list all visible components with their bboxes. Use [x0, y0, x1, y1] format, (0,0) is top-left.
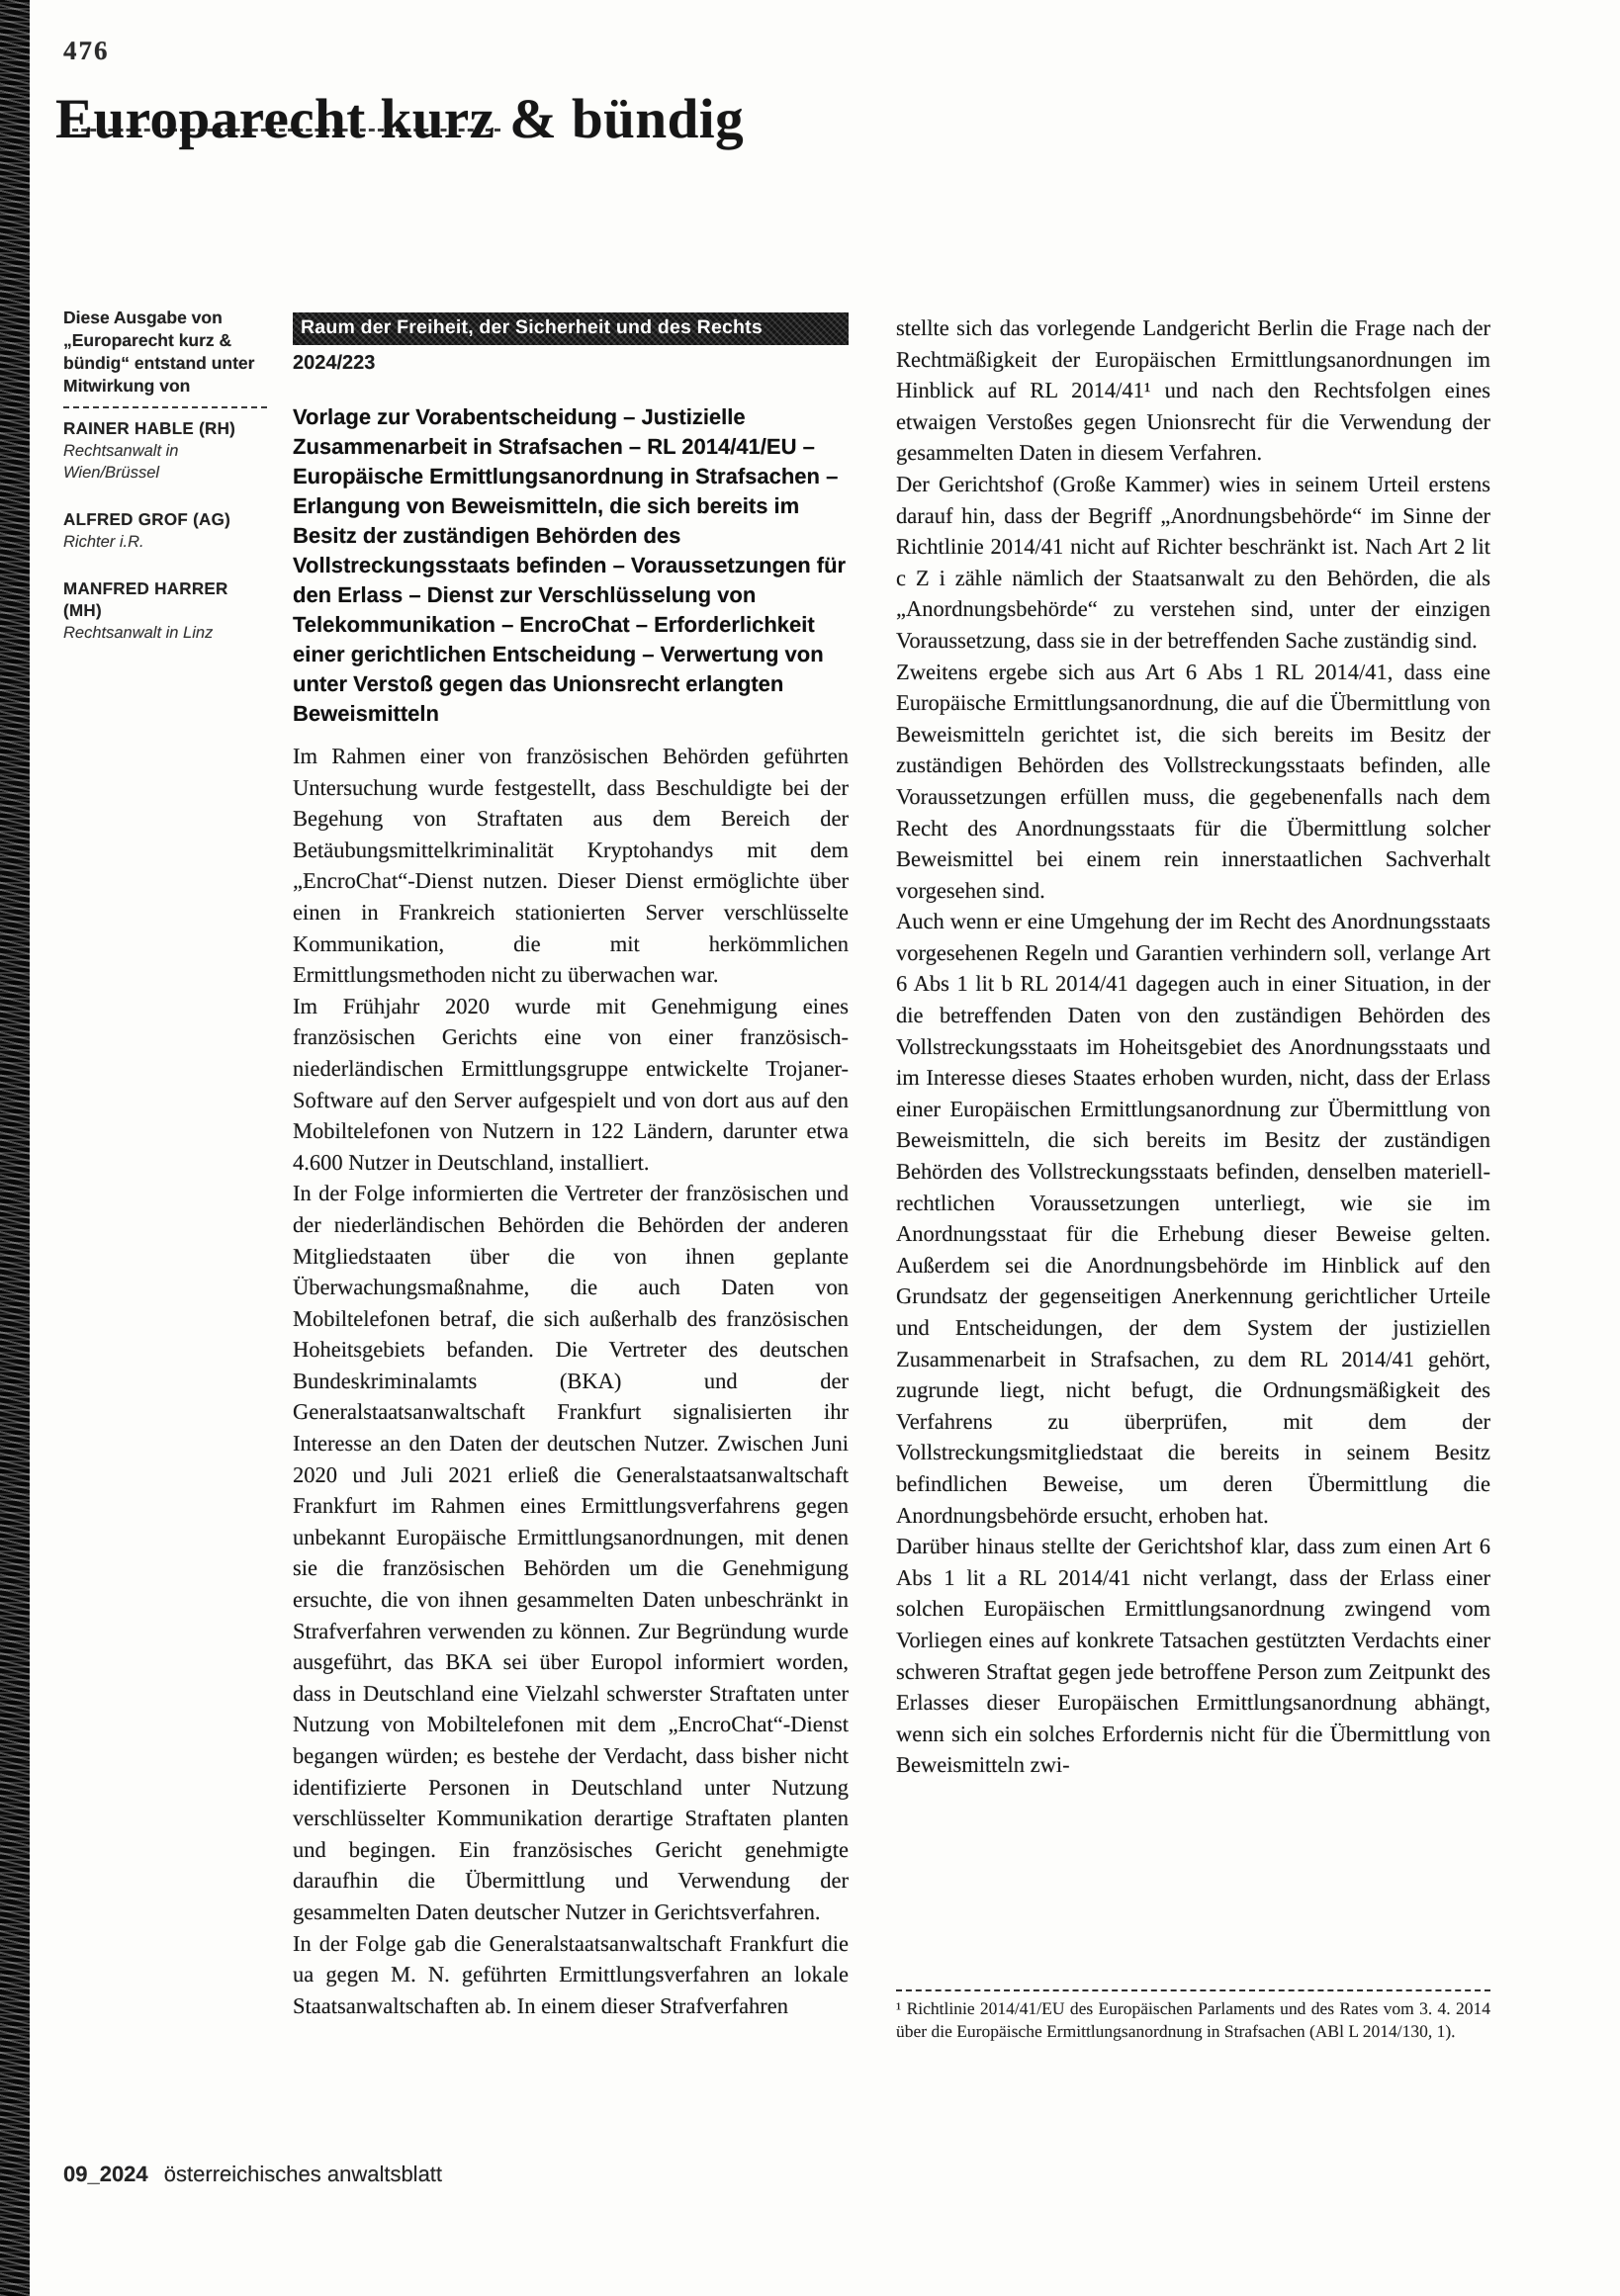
- footer-journal-name: österreichisches anwaltsblatt: [164, 2162, 442, 2186]
- body-paragraph: In der Folge gab die Generalstaatsanwalt…: [293, 1928, 849, 2022]
- contributor-role: Rechtsanwalt in Linz: [63, 622, 257, 644]
- body-paragraph: stellte sich das vorlegende Landgericht …: [896, 312, 1490, 469]
- body-paragraph: Auch wenn er eine Umgehung der im Recht …: [896, 906, 1490, 1531]
- body-paragraph: Im Frühjahr 2020 wurde mit Genehmigung e…: [293, 991, 849, 1179]
- body-paragraph: Im Rahmen einer von französischen Behörd…: [293, 741, 849, 991]
- scanned-journal-page: 476 Europarecht kurz & bündig Diese Ausg…: [0, 0, 1620, 2296]
- body-paragraph: Zweitens ergebe sich aus Art 6 Abs 1 RL …: [896, 657, 1490, 907]
- contributors-sidebar: Diese Ausgabe von „Europarecht kurz & bü…: [63, 307, 257, 669]
- footer-issue: 09_2024: [63, 2162, 148, 2186]
- page-footer: 09_2024 österreichisches anwaltsblatt: [63, 2162, 442, 2187]
- footnote-rule: [896, 1989, 1490, 1991]
- contributor-name: MANFRED HARRER (MH): [63, 578, 257, 622]
- page-number: 476: [63, 36, 110, 66]
- contributor: ALFRED GROF (AG) Richter i.R.: [63, 509, 257, 553]
- article-column-right: stellte sich das vorlegende Landgericht …: [896, 312, 1490, 1781]
- contributor-name: RAINER HABLE (RH): [63, 418, 257, 440]
- section-tag: Raum der Freiheit, der Sicherheit und de…: [293, 312, 849, 345]
- case-number: 2024/223: [293, 352, 849, 375]
- section-tag-label: Raum der Freiheit, der Sicherheit und de…: [301, 316, 763, 338]
- scan-edge-artifact: [0, 0, 30, 2296]
- contributor-role: Richter i.R.: [63, 531, 257, 553]
- sidebar-intro: Diese Ausgabe von „Europarecht kurz & bü…: [63, 307, 257, 397]
- contributor: MANFRED HARRER (MH) Rechtsanwalt in Linz: [63, 578, 257, 644]
- footnote: ¹ Richtlinie 2014/41/EU des Europäischen…: [896, 1989, 1490, 2042]
- page-title: Europarecht kurz & bündig: [55, 87, 744, 151]
- footnote-text: ¹ Richtlinie 2014/41/EU des Europäischen…: [896, 1997, 1490, 2042]
- body-paragraph: Der Gerichtshof (Große Kammer) wies in s…: [896, 469, 1490, 657]
- body-paragraph: In der Folge informierten die Vertreter …: [293, 1178, 849, 1927]
- body-paragraph: Darüber hinaus stellte der Gerichtshof k…: [896, 1531, 1490, 1781]
- article-headline: Vorlage zur Vorabentscheidung – Justizie…: [293, 402, 849, 729]
- sidebar-rule: [63, 406, 267, 408]
- contributor-role: Rechtsanwalt in Wien/Brüssel: [63, 440, 257, 484]
- contributor-name: ALFRED GROF (AG): [63, 509, 257, 531]
- contributor: RAINER HABLE (RH) Rechtsanwalt in Wien/B…: [63, 418, 257, 484]
- article-column-left: Raum der Freiheit, der Sicherheit und de…: [293, 312, 849, 2021]
